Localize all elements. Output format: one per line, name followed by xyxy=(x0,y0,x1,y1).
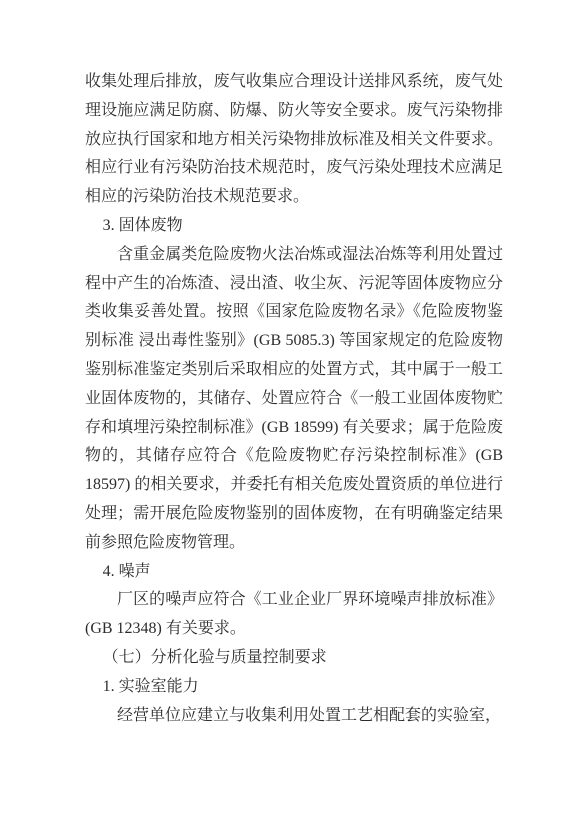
paragraph: 厂区的噪声应符合《工业企业厂界环境噪声排放标准》(GB 12348) 有关要求。 xyxy=(85,586,503,644)
paragraph: 含重金属类危险废物火法冶炼或湿法冶炼等利用处置过程中产生的冶炼渣、浸出渣、收尘灰… xyxy=(85,241,503,558)
document-page: 收集处理后排放，废气收集应合理设计送排风系统，废气处理设施应满足防腐、防爆、防火… xyxy=(0,0,578,818)
numbered-heading: 3. 固体废物 xyxy=(85,212,503,241)
numbered-heading: 4. 噪声 xyxy=(85,558,503,587)
paragraph: 收集处理后排放，废气收集应合理设计送排风系统，废气处理设施应满足防腐、防爆、防火… xyxy=(85,68,503,212)
paragraph: 经营单位应建立与收集利用处置工艺相配套的实验室， xyxy=(85,702,503,731)
document-text-block: 收集处理后排放，废气收集应合理设计送排风系统，废气处理设施应满足防腐、防爆、防火… xyxy=(85,68,503,730)
section-heading: （七）分析化验与质量控制要求 xyxy=(85,644,503,673)
numbered-heading: 1. 实验室能力 xyxy=(85,673,503,702)
